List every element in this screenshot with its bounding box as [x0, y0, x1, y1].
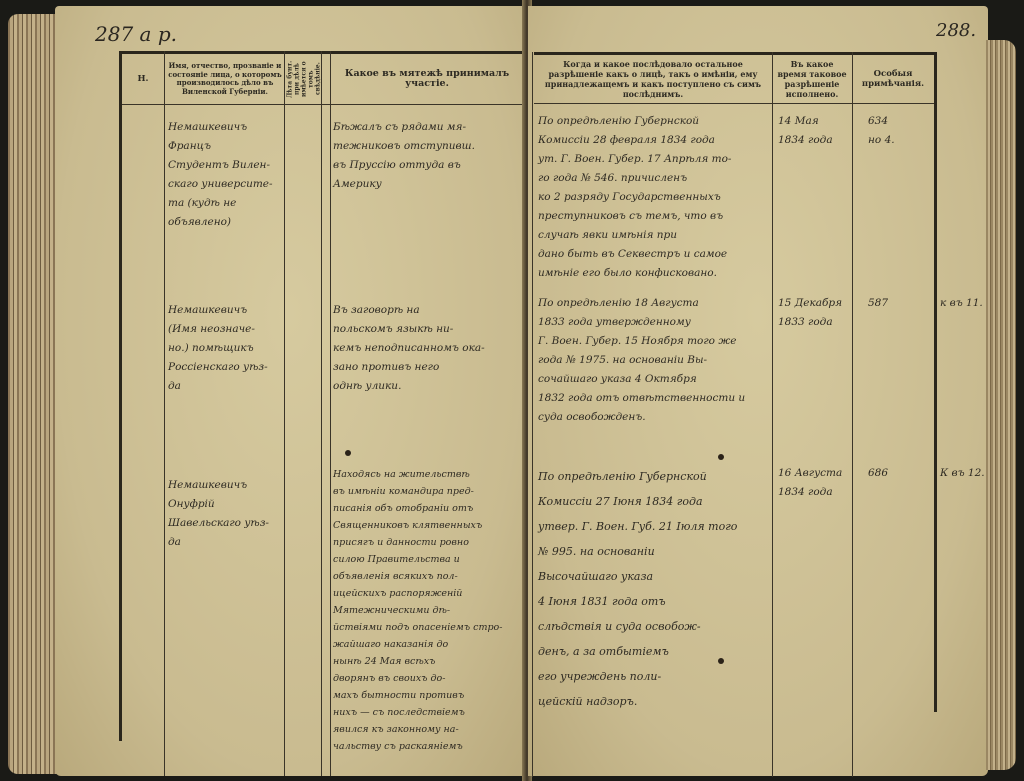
- entry-1-executed: 14 Мая 1834 года: [778, 112, 850, 150]
- entry-3-executed: 16 Августа 1834 года: [778, 464, 850, 502]
- entry-2-name: Немашкевичъ (Имя неозначе- но.) помѣщикъ…: [168, 301, 283, 396]
- header-age: Лѣта бунт. при дѣлѣ имѣется о томъ свѣдѣ…: [285, 54, 323, 104]
- table-header-right: Когда и какое послѣдовало остальное разр…: [534, 52, 934, 104]
- entry-3-margin-note: К въ 12.: [940, 464, 988, 483]
- left-page-edges: [8, 14, 60, 774]
- entry-2-notes: 587: [868, 294, 928, 313]
- right-page-edges: [986, 40, 1016, 770]
- table-header-left: Н. Имя, отчество, прозваніе и состояніе …: [121, 51, 525, 105]
- page-number-right: 288.: [936, 20, 976, 41]
- binding-hole: [718, 658, 724, 664]
- header-role: Какое въ мятежѣ принималъ участіе.: [329, 54, 525, 104]
- rule: [330, 51, 331, 776]
- page-number-left: 287 a p.: [95, 22, 177, 46]
- rule: [772, 52, 773, 777]
- header-decision: Когда и какое послѣдовало остальное разр…: [534, 55, 772, 103]
- right-page: 288. Когда и какое послѣдовало остальное…: [528, 6, 988, 776]
- entry-2-margin-note: к въ 11.: [940, 294, 988, 313]
- rule: [164, 51, 165, 776]
- entry-2-role: Въ заговорѣ на польскомъ языкѣ ни- кемъ …: [333, 301, 523, 396]
- open-ledger: 287 a p. Н. Имя, отчество, прозваніе и с…: [0, 0, 1024, 781]
- entry-3-notes: 686: [868, 464, 928, 483]
- left-page: 287 a p. Н. Имя, отчество, прозваніе и с…: [55, 6, 525, 776]
- entry-3-role: Находясь на жительствѣ въ имѣніи команди…: [333, 466, 523, 755]
- rule: [119, 51, 122, 741]
- rule: [852, 52, 853, 777]
- entry-3-decision: По опредѣленію Губернской Комиссіи 27 Ію…: [538, 464, 770, 714]
- entry-1-decision: По опредѣленію Губернской Комиссіи 28 фе…: [538, 112, 770, 283]
- header-name: Имя, отчество, прозваніе и состояніе лиц…: [165, 54, 285, 104]
- entry-2-decision: По опредѣленію 18 Августа 1833 года утве…: [538, 294, 770, 427]
- binding-hole: [345, 450, 351, 456]
- rule: [934, 52, 937, 712]
- binding-hole: [718, 454, 724, 460]
- rule: [284, 51, 285, 776]
- header-executed: Въ какое время таковое разрѣшеніе исполн…: [772, 55, 852, 103]
- header-notes: Особыя примѣчанія.: [852, 55, 934, 103]
- entry-1-name: Немашкевичъ Францъ Студентъ Вилен- скаго…: [168, 118, 283, 232]
- header-number: Н.: [121, 54, 165, 104]
- entry-2-executed: 15 Декабря 1833 года: [778, 294, 850, 332]
- rule: [532, 52, 533, 777]
- rule: [321, 51, 322, 776]
- entry-1-notes: 634 но 4.: [868, 112, 928, 150]
- entry-3-name: Немашкевичъ Онуфрій Шавельскаго уѣз- да: [168, 476, 283, 552]
- entry-1-role: Бѣжалъ съ рядами мя- тежниковъ отступивш…: [333, 118, 523, 194]
